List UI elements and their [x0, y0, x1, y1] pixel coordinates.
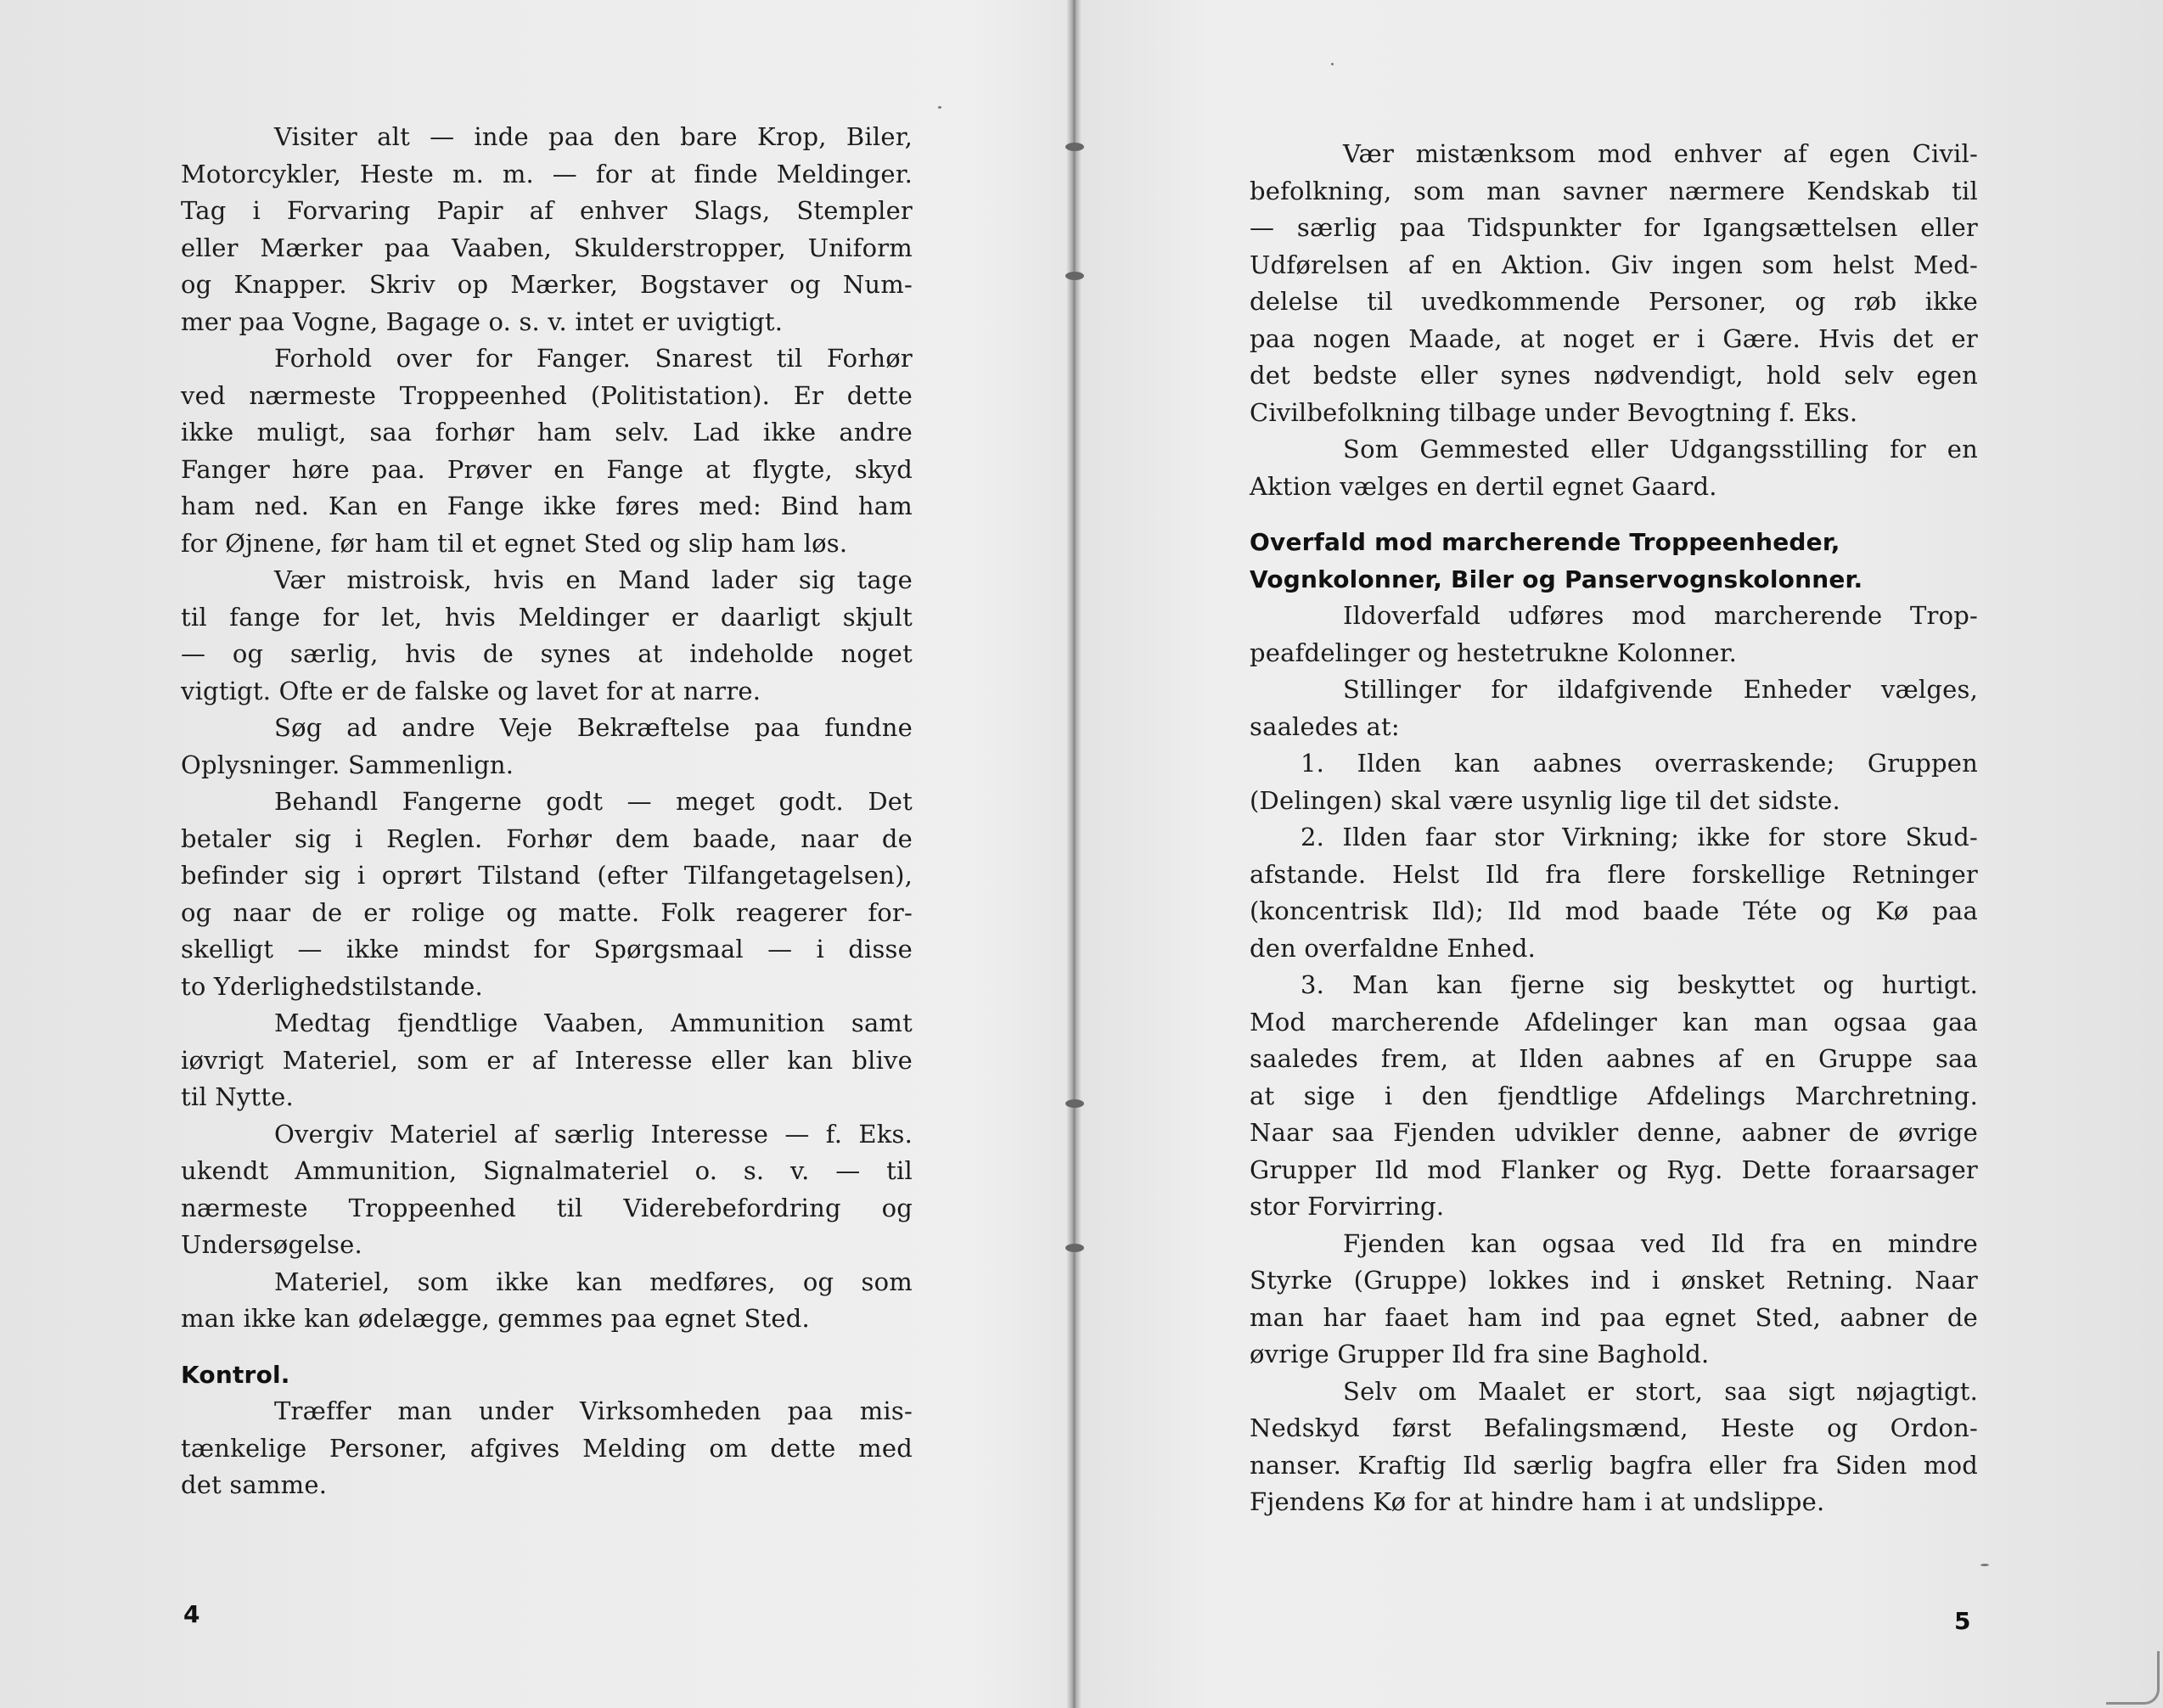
paragraph-line: Udførelsen af en Aktion. Giv ingen som h… [1250, 247, 1978, 284]
paragraph-line: Undersøgelse. [181, 1227, 913, 1264]
numbered-item-line: stor Forvirring. [1250, 1188, 1978, 1226]
paragraph-line: saaledes at: [1250, 709, 1978, 746]
paper-speck [938, 106, 941, 109]
paragraph-line: Selv om Maalet er stort, saa sigt nøjagt… [1250, 1374, 1978, 1411]
paragraph-line: ikke muligt, saa forhør ham selv. Lad ik… [181, 414, 913, 452]
paragraph-line: eller Mærker paa Vaaben, Skulderstropper… [181, 230, 913, 267]
paragraph-line: Vær mistroisk, hvis en Mand lader sig ta… [181, 562, 913, 599]
numbered-item-line: 1. Ilden kan aabnes overraskende; Gruppe… [1250, 745, 1978, 783]
section-gap [1250, 505, 1978, 524]
paragraph-line: skelligt — ikke mindst for Spørgsmaal — … [181, 931, 913, 969]
paragraph-line: Tag i Forvaring Papir af enhver Slags, S… [181, 193, 913, 230]
numbered-item-line: Grupper Ild mod Flanker og Ryg. Dette fo… [1250, 1152, 1978, 1189]
left-page-text: Visiter alt — inde paa den bare Krop, Bi… [181, 119, 913, 1504]
paragraph-line: Fanger høre paa. Prøver en Fange at flyg… [181, 452, 913, 489]
page-number-right: 5 [1954, 1607, 1970, 1635]
paragraph-line: Fjendens Kø for at hindre ham i at undsl… [1250, 1484, 1978, 1521]
paragraph-line: to Yderlighedstilstande. [181, 969, 913, 1006]
paragraph-line: Vær mistænksom mod enhver af egen Civil- [1250, 136, 1978, 173]
numbered-item-line: saaledes frem, at Ilden aabnes af en Gru… [1250, 1041, 1978, 1078]
numbered-item-line: at sige i den fjendtlige Afdelings March… [1250, 1078, 1978, 1115]
paragraph-line: nærmeste Troppeenhed til Viderebefordrin… [181, 1190, 913, 1228]
numbered-item-line: Mod marcherende Afdelinger kan man ogsaa… [1250, 1004, 1978, 1042]
paragraph-line: til Nytte. [181, 1079, 913, 1116]
numbered-item-line: afstande. Helst Ild fra flere forskellig… [1250, 857, 1978, 894]
paragraph-line: det bedste eller synes nødvendigt, hold … [1250, 357, 1978, 395]
staple-upper [1065, 272, 1084, 280]
paragraph-line: Styrke (Gruppe) lokkes ind i ønsket Retn… [1250, 1262, 1978, 1300]
paragraph-line: Civilbefolkning tilbage under Bevogtning… [1250, 395, 1978, 432]
staple-lower [1065, 1244, 1084, 1252]
paragraph-line: Søg ad andre Veje Bekræftelse paa fundne [181, 710, 913, 747]
paragraph-line: ham ned. Kan en Fange ikke føres med: Bi… [181, 488, 913, 525]
paragraph-line: vigtigt. Ofte er de falske og lavet for … [181, 673, 913, 711]
paragraph-line: Forhold over for Fanger. Snarest til For… [181, 340, 913, 378]
paragraph-line: Materiel, som ikke kan medføres, og som [181, 1264, 913, 1301]
paragraph-line: det samme. [181, 1467, 913, 1504]
paragraph-line: peafdelinger og hestetrukne Kolonner. [1250, 635, 1978, 672]
paragraph-line: Ildoverfald udføres mod marcherende Trop… [1250, 598, 1978, 635]
paragraph-line: Visiter alt — inde paa den bare Krop, Bi… [181, 119, 913, 156]
section-gap [181, 1338, 913, 1357]
paragraph-line: Som Gemmested eller Udgangsstilling for … [1250, 431, 1978, 469]
paragraph-line: mer paa Vogne, Bagage o. s. v. intet er … [181, 304, 913, 341]
paragraph-line: Motorcykler, Heste m. m. — for at finde … [181, 156, 913, 194]
paragraph-line: befinder sig i oprørt Tilstand (efter Ti… [181, 857, 913, 895]
paragraph-line: Oplysninger. Sammenlign. [181, 747, 913, 784]
paragraph-line: betaler sig i Reglen. Forhør dem baade, … [181, 821, 913, 858]
paragraph-line: tænkelige Personer, afgives Melding om d… [181, 1430, 913, 1468]
paragraph-line: Medtag fjendtlige Vaaben, Ammunition sam… [181, 1005, 913, 1042]
numbered-item-line: den overfaldne Enhed. [1250, 930, 1978, 968]
paragraph-line: Overgiv Materiel af særlig Interesse — f… [181, 1116, 913, 1154]
right-page-text: Vær mistænksom mod enhver af egen Civil-… [1250, 136, 1978, 1521]
paper-speck [1331, 63, 1334, 65]
paragraph-line: delelse til uvedkommende Personer, og rø… [1250, 284, 1978, 321]
paragraph-line: og Knapper. Skriv op Mærker, Bogstaver o… [181, 267, 913, 304]
book-spine [1073, 0, 1076, 1708]
paragraph-line: man har faaet ham ind paa egnet Sted, aa… [1250, 1300, 1978, 1337]
paragraph-line: Behandl Fangerne godt — meget godt. Det [181, 784, 913, 821]
paragraph-line: Fjenden kan ogsaa ved Ild fra en mindre [1250, 1226, 1978, 1263]
numbered-item-line: 2. Ilden faar stor Virkning; ikke for st… [1250, 819, 1978, 857]
staple-top [1065, 143, 1084, 151]
section-heading: Overfald mod marcherende Troppeenheder, [1250, 524, 1978, 561]
paragraph-line: — særlig paa Tidspunkter for Igangsættel… [1250, 210, 1978, 247]
paragraph-line: Stillinger for ildafgivende Enheder vælg… [1250, 671, 1978, 709]
booklet-spread: Visiter alt — inde paa den bare Krop, Bi… [0, 0, 2163, 1708]
page-number-left: 4 [183, 1600, 199, 1628]
paragraph-line: — og særlig, hvis de synes at indeholde … [181, 636, 913, 673]
paragraph-line: til fange for let, hvis Meldinger er daa… [181, 599, 913, 637]
paragraph-line: Nedskyd først Befalingsmænd, Heste og Or… [1250, 1410, 1978, 1447]
paragraph-line: befolkning, som man savner nærmere Kends… [1250, 173, 1978, 211]
paragraph-line: for Øjnene, før ham til et egnet Sted og… [181, 525, 913, 563]
section-heading: Kontrol. [181, 1357, 913, 1394]
section-heading: Vognkolonner, Biler og Panservognskolonn… [1250, 561, 1978, 598]
paragraph-line: Træffer man under Virksomheden paa mis- [181, 1393, 913, 1430]
paragraph-line: og naar de er rolige og matte. Folk reag… [181, 895, 913, 932]
staple-middle [1065, 1099, 1084, 1108]
paragraph-line: paa nogen Maade, at noget er i Gære. Hvi… [1250, 321, 1978, 358]
paragraph-line: ved nærmeste Troppeenhed (Politistation)… [181, 378, 913, 415]
numbered-item-line: Naar saa Fjenden udvikler denne, aabner … [1250, 1115, 1978, 1152]
paragraph-line: Aktion vælges en dertil egnet Gaard. [1250, 469, 1978, 506]
numbered-item-line: (koncentrisk Ild); Ild mod baade Téte og… [1250, 893, 1978, 930]
numbered-item-line: 3. Man kan fjerne sig beskyttet og hurti… [1250, 967, 1978, 1004]
paragraph-line: man ikke kan ødelægge, gemmes paa egnet … [181, 1301, 913, 1338]
paragraph-line: ukendt Ammunition, Signalmateriel o. s. … [181, 1153, 913, 1190]
paragraph-line: iøvrigt Materiel, som er af Interesse el… [181, 1042, 913, 1080]
paragraph-line: øvrige Grupper Ild fra sine Baghold. [1250, 1336, 1978, 1374]
paper-speck [1980, 1564, 1989, 1566]
paragraph-line: nanser. Kraftig Ild særlig bagfra eller … [1250, 1447, 1978, 1485]
numbered-item-line: (Delingen) skal være usynlig lige til de… [1250, 783, 1978, 820]
